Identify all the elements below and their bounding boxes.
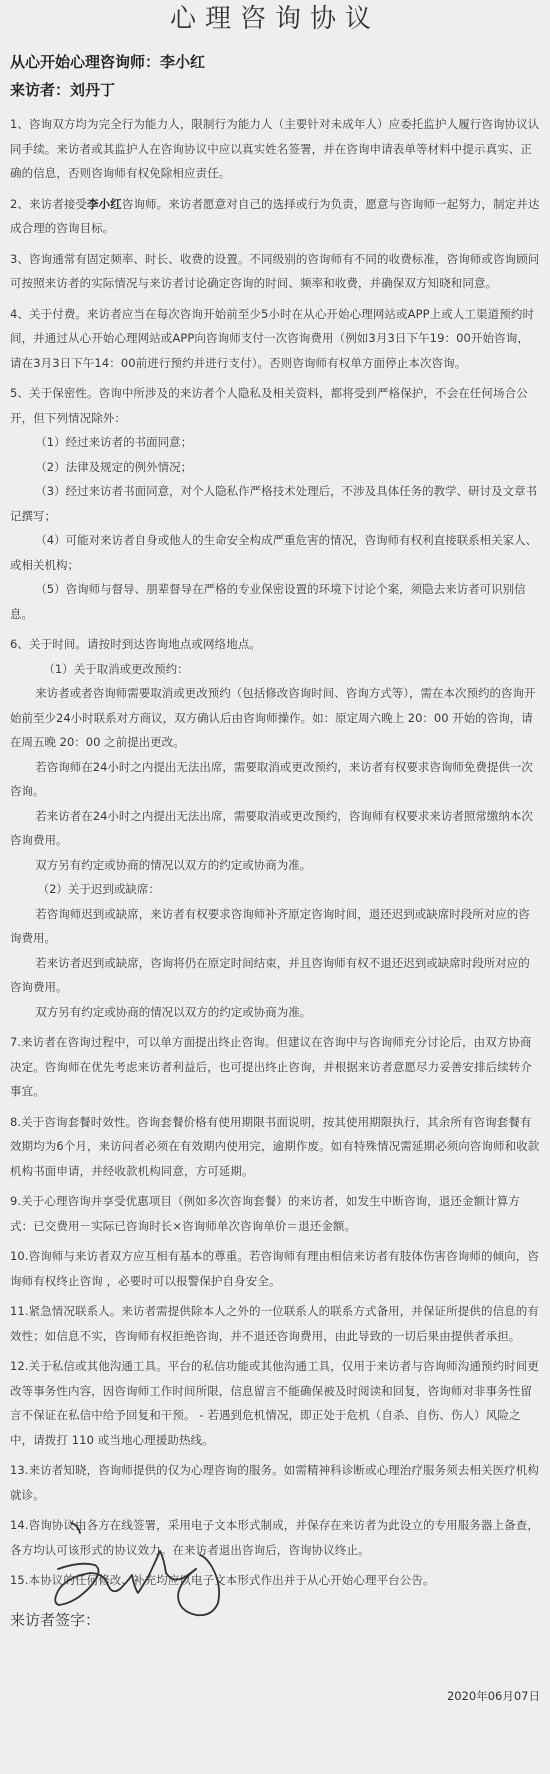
clause-10: 10.咨询师与来访者双方应互相有基本的尊重。若咨询师有理由相信来访者有肢体伤害咨… — [10, 1244, 540, 1293]
clause-6-sub1-item: 双方另有约定或协商的情况以双方的约定或协商为准。 — [10, 853, 540, 878]
clause-5-item: （2）法律及规定的例外情况； — [10, 455, 540, 480]
signature-date: 2020年06月07日 — [447, 1688, 540, 1704]
clause-5-item: （4）可能对来访者自身或他人的生命安全构成严重危害的情况，咨询师有权利直接联系相… — [10, 528, 540, 577]
clause-1: 1、咨询双方均为完全行为能力人，限制行为能力人（主要针对未成年人）应委托监护人履… — [10, 112, 540, 186]
clause-4: 4、关于付费。来访者应当在每次咨询开始前至少5小时在从心开始心理网站或APP上或… — [10, 302, 540, 376]
agreement-page: 心理咨询协议 从心开始心理咨询师：李小红 来访者：刘丹丁 1、咨询双方均为完全行… — [0, 0, 550, 1774]
clause-6-sub1-item: 若咨询师在24小时之内提出无法出席，需要取消或更改预约，来访者有权要求咨询师免费… — [10, 755, 540, 804]
visitor-label: 来访者：刘丹丁 — [10, 80, 540, 100]
handwritten-signature-icon — [50, 1515, 260, 1625]
clause-6-sub1-title: （1）关于取消或更改预约： — [10, 657, 540, 682]
clause-13: 13.来访者知晓，咨询师提供的仅为心理咨询的服务。如需精神科诊断或心理治疗服务须… — [10, 1458, 540, 1507]
clause-5-item: （3）经过来访者书面同意，对个人隐私作严格技术处理后，不涉及具体任务的教学、研讨… — [10, 479, 540, 528]
clause-8: 8.关于咨询套餐时效性。咨询套餐价格有使用期限书面说明，按其使用期限执行，其余所… — [10, 1110, 540, 1184]
clause-2-prefix: 2、来访者接受 — [10, 197, 87, 211]
clause-11: 11.紧急情况联系人。来访者需提供除本人之外的一位联系人的联系方式备用，并保证所… — [10, 1299, 540, 1348]
clause-2: 2、来访者接受李小红咨询师。来访者愿意对自己的选择或行为负责，愿意与咨询师一起努… — [10, 192, 540, 241]
clause-6-sub1-item: 若来访者在24小时之内提出无法出席，需要取消或更改预约，咨询师有权要求来访者照常… — [10, 804, 540, 853]
clause-6-sub2-item: 若咨询师迟到或缺席，来访者有权要求咨询师补齐原定咨询时间，退还迟到或缺席时段所对… — [10, 902, 540, 951]
clause-7: 7.来访者在咨询过程中，可以单方面提出终止咨询。但建议在咨询中与咨询师充分讨论后… — [10, 1030, 540, 1104]
clause-5-item: （5）咨询师与督导、朋辈督导在严格的专业保密设置的环境下讨论个案，须隐去来访者可… — [10, 577, 540, 626]
clause-6-sub2-item: 双方另有约定或协商的情况以双方的约定或协商为准。 — [10, 1000, 540, 1025]
counselor-name-highlight: 李小红 — [87, 197, 122, 211]
clause-6-sub2-title: （2）关于迟到或缺席： — [10, 877, 540, 902]
clause-6-sub2-item: 若来访者迟到或缺席，咨询将仍在原定时间结束，并且咨询师有权不退还迟到或缺席时段所… — [10, 951, 540, 1000]
counselor-label: 从心开始心理咨询师：李小红 — [10, 52, 540, 72]
clause-5-item: （1）经过来访者的书面同意； — [10, 430, 540, 455]
clause-3: 3、咨询通常有固定频率、时长、收费的设置。不同级别的咨询师有不同的收费标准，咨询… — [10, 247, 540, 296]
clause-9: 9.关于心理咨询并享受优惠项目（例如多次咨询套餐）的来访者，如发生中断咨询，退还… — [10, 1189, 540, 1238]
clause-5: 5、关于保密性。咨询中所涉及的来访者个人隐私及相关资料，都将受到严格保护，不会在… — [10, 381, 540, 430]
clause-6: 6、关于时间。请按时到达咨询地点或网络地点。 — [10, 632, 540, 657]
clause-6-sub1-item: 来访者或者咨询师需要取消或更改预约（包括修改咨询时间、咨询方式等），需在本次预约… — [10, 681, 540, 755]
page-title: 心理咨询协议 — [10, 0, 540, 42]
clause-12: 12.关于私信或其他沟通工具。平台的私信功能或其他沟通工具，仅用于来访者与咨询师… — [10, 1354, 540, 1452]
